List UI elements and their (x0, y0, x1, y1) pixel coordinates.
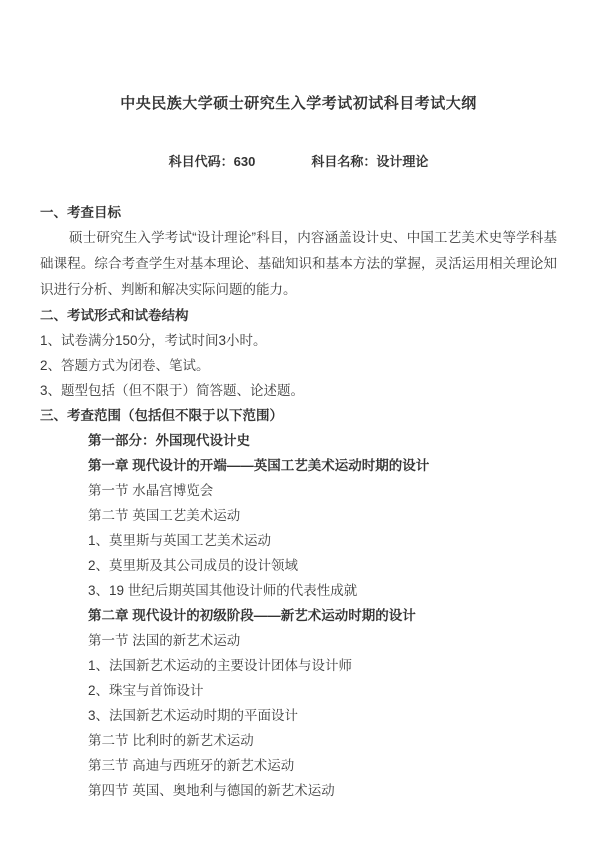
outline-section-item: 第四节 英国、奥地利与德国的新艺术运动 (40, 778, 557, 803)
outline-section-item: 第二节 英国工艺美术运动 (40, 503, 557, 528)
outline-list-item: 2、莫里斯及其公司成员的设计领域 (40, 553, 557, 578)
document-title: 中央民族大学硕士研究生入学考试初试科目考试大纲 (40, 95, 557, 113)
outline-part-heading: 第一部分：外国现代设计史 (40, 428, 557, 453)
section-1-heading: 一、考查目标 (40, 200, 557, 225)
section-3-heading: 三、考查范围（包括但不限于以下范围） (40, 403, 557, 428)
outline-list-item: 1、莫里斯与英国工艺美术运动 (40, 528, 557, 553)
subject-info-row: 科目代码：630 科目名称：设计理论 (40, 151, 557, 170)
subject-code-label: 科目代码：630 (169, 151, 256, 170)
outline-list-item: 2、珠宝与首饰设计 (40, 678, 557, 703)
outline-section-item: 第一节 法国的新艺术运动 (40, 628, 557, 653)
document-page: 中央民族大学硕士研究生入学考试初试科目考试大纲 科目代码：630 科目名称：设计… (0, 0, 595, 841)
outline-section-item: 第二节 比利时的新艺术运动 (40, 728, 557, 753)
outline-section-item: 第一节 水晶宫博览会 (40, 478, 557, 503)
outline-chapter-heading: 第二章 现代设计的初级阶段——新艺术运动时期的设计 (40, 603, 557, 628)
subject-name-label: 科目名称：设计理论 (311, 151, 428, 170)
outline-chapter-heading: 第一章 现代设计的开端——英国工艺美术运动时期的设计 (40, 453, 557, 478)
outline-list-item: 1、法国新艺术运动的主要设计团体与设计师 (40, 653, 557, 678)
outline-list-item: 3、19 世纪后期英国其他设计师的代表性成就 (40, 578, 557, 603)
exam-format-item: 2、答题方式为闭卷、笔试。 (40, 353, 557, 378)
outline-list-item: 3、法国新艺术运动时期的平面设计 (40, 703, 557, 728)
section-2-heading: 二、考试形式和试卷结构 (40, 303, 557, 328)
section-1-paragraph: 硕士研究生入学考试“设计理论”科目，内容涵盖设计史、中国工艺美术史等学科基础课程… (40, 225, 557, 303)
exam-format-item: 1、试卷满分150分，考试时间3小时。 (40, 328, 557, 353)
document-body: 一、考查目标 硕士研究生入学考试“设计理论”科目，内容涵盖设计史、中国工艺美术史… (40, 200, 557, 803)
exam-format-item: 3、题型包括（但不限于）简答题、论述题。 (40, 378, 557, 403)
outline-section-item: 第三节 高迪与西班牙的新艺术运动 (40, 753, 557, 778)
